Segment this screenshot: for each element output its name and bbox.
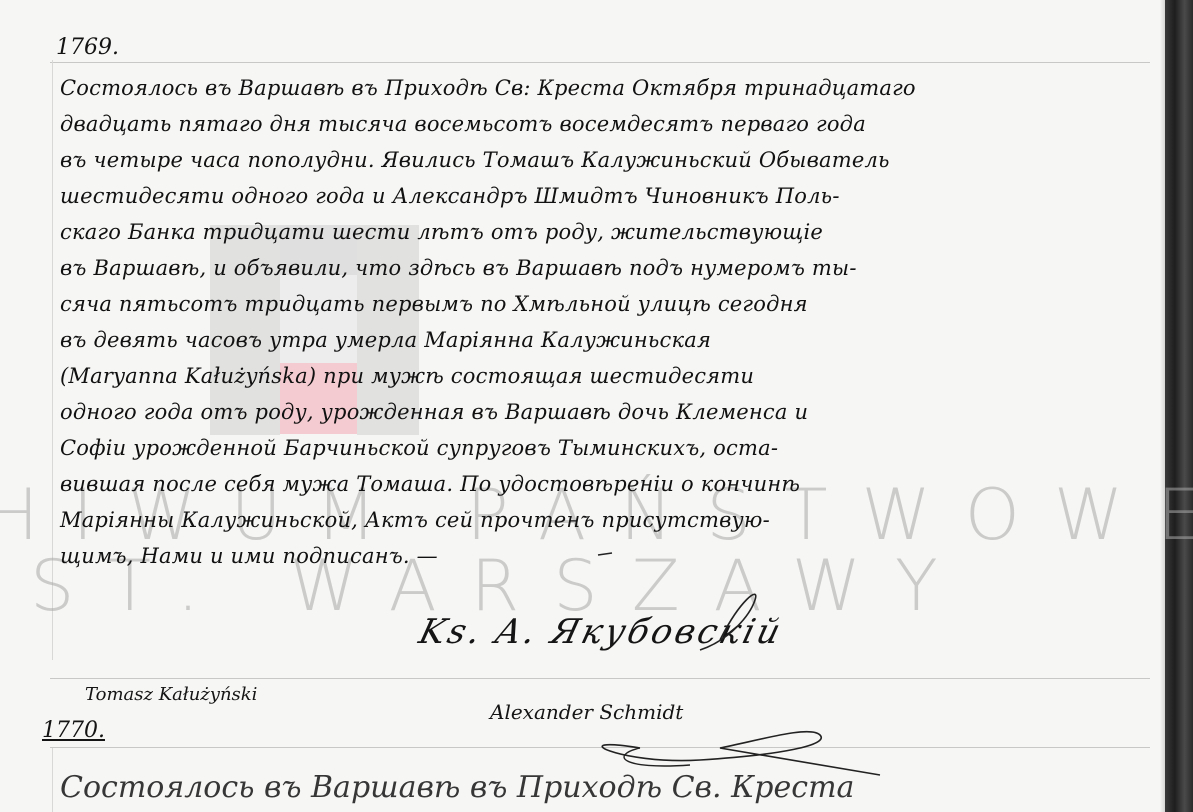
- entry-number-1770: 1770.: [42, 718, 105, 743]
- entry-1770-first-line: Состоялось въ Варшавѣ въ Приходѣ Св. Кре…: [60, 770, 854, 805]
- document-page: HIWUM PAŃSTWOWE ST. WARSZAWY 1769. Состо…: [0, 0, 1165, 812]
- signature-flourish: [0, 0, 1193, 812]
